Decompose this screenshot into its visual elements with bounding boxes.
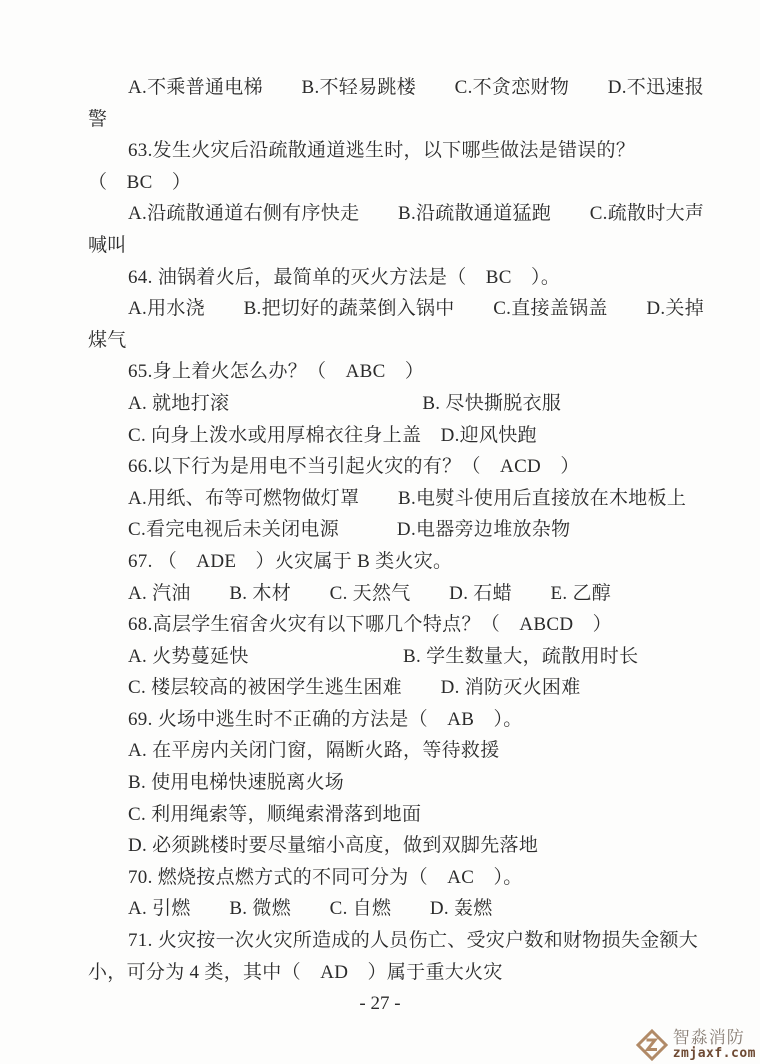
watermark-text: 智淼消防 zmjaxf.com	[673, 1029, 756, 1060]
document-body: A.不乘普通电梯 B.不轻易跳楼 C.不贪恋财物 D.不迅速报警63.发生火灾后…	[0, 0, 760, 988]
page-number: - 27 -	[0, 988, 760, 1020]
document-line: C. 向身上泼水或用厚棉衣往身上盖 D.迎风快跑	[0, 420, 760, 452]
watermark-site: zmjaxf.com	[673, 1047, 756, 1061]
document-line: 警	[0, 104, 760, 136]
document-line: C.看完电视后未关闭电源 D.电器旁边堆放杂物	[0, 514, 760, 546]
document-line: A.沿疏散通道右侧有序快走 B.沿疏散通道猛跑 C.疏散时大声	[0, 198, 760, 230]
document-line: A. 就地打滚 B. 尽快撕脱衣服	[0, 388, 760, 420]
document-line: D. 必须跳楼时要尽量缩小高度，做到双脚先落地	[0, 830, 760, 862]
document-line: B. 使用电梯快速脱离火场	[0, 767, 760, 799]
document-line: A. 在平房内关闭门窗，隔断火路，等待救援	[0, 735, 760, 767]
document-line: A.用水浇 B.把切好的蔬菜倒入锅中 C.直接盖锅盖 D.关掉	[0, 293, 760, 325]
document-line: 64. 油锅着火后，最简单的灭火方法是（ BC ）。	[0, 262, 760, 294]
document-line: A.用纸、布等可燃物做灯罩 B.电熨斗使用后直接放在木地板上	[0, 483, 760, 515]
watermark: 智淼消防 zmjaxf.com	[635, 1028, 756, 1062]
document-line: A.不乘普通电梯 B.不轻易跳楼 C.不贪恋财物 D.不迅速报	[0, 72, 760, 104]
document-line: 66.以下行为是用电不当引起火灾的有？（ ACD ）	[0, 451, 760, 483]
document-line: 71. 火灾按一次火灾所造成的人员伤亡、受灾户数和财物损失金额大	[0, 925, 760, 957]
document-page: A.不乘普通电梯 B.不轻易跳楼 C.不贪恋财物 D.不迅速报警63.发生火灾后…	[0, 0, 760, 1064]
document-line: 喊叫	[0, 230, 760, 262]
document-line: 小，可分为 4 类，其中（ AD ）属于重大火灾	[0, 957, 760, 989]
diamond-z-logo-icon	[635, 1028, 669, 1062]
document-line: 煤气	[0, 325, 760, 357]
document-line: 70. 燃烧按点燃方式的不同可分为（ AC ）。	[0, 862, 760, 894]
document-line: A. 引燃 B. 微燃 C. 自燃 D. 轰燃	[0, 893, 760, 925]
document-line: C. 楼层较高的被困学生逃生困难 D. 消防灭火困难	[0, 672, 760, 704]
document-line: （ BC ）	[0, 167, 760, 199]
document-line: 63.发生火灾后沿疏散通道逃生时，以下哪些做法是错误的？	[0, 135, 760, 167]
document-line: C. 利用绳索等，顺绳索滑落到地面	[0, 799, 760, 831]
watermark-brand: 智淼消防	[673, 1029, 745, 1047]
document-line: A. 火势蔓延快 B. 学生数量大，疏散用时长	[0, 641, 760, 673]
document-line: 68.高层学生宿舍火灾有以下哪几个特点？（ ABCD ）	[0, 609, 760, 641]
document-line: A. 汽油 B. 木材 C. 天然气 D. 石蜡 E. 乙醇	[0, 578, 760, 610]
document-line: 69. 火场中逃生时不正确的方法是（ AB ）。	[0, 704, 760, 736]
document-line: 67. （ ADE ）火灾属于 B 类火灾。	[0, 546, 760, 578]
document-line: 65.身上着火怎么办？（ ABC ）	[0, 356, 760, 388]
